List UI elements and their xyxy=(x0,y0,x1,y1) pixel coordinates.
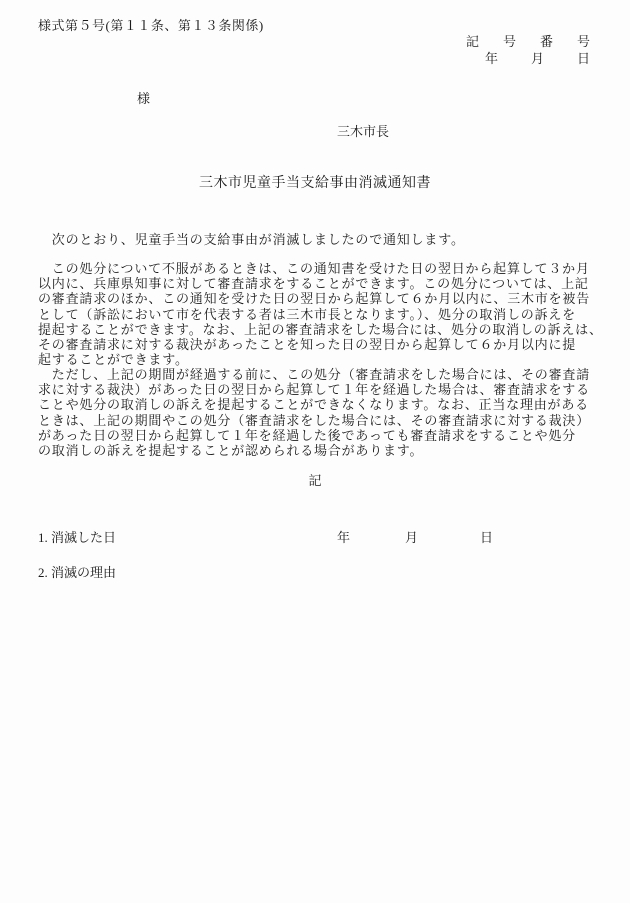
notice-intro: 次のとおり、児童手当の支給事由が消滅しましたので通知します。 xyxy=(38,229,623,248)
reference-char: 記 xyxy=(466,31,479,50)
issue-date-line: 年 月 日 xyxy=(485,48,590,67)
appeal-deadline-paragraph: ただし、上記の期間が経過する前に、この処分（審査請求をした場合には、その審査請 … xyxy=(38,367,628,458)
date-char-year: 年 xyxy=(485,48,498,67)
document-title: 三木市児童手当支給事由消滅通知書 xyxy=(0,172,630,192)
form-number-label: 様式第５号(第１１条、第１３条関係) xyxy=(38,15,264,34)
item-label: 1. 消滅した日 xyxy=(38,527,116,546)
addressee-honorific: 様 xyxy=(137,88,150,107)
list-item-extinction-date: 1. 消滅した日 年 月 日 xyxy=(0,527,630,543)
list-item-extinction-reason: 2. 消滅の理由 xyxy=(0,562,630,578)
appeal-rights-paragraph: この処分について不服があるときは、この通知書を受けた日の翌日から起算して３か月 … xyxy=(38,261,628,367)
date-char-month: 月 xyxy=(531,48,544,67)
date-char-day: 日 xyxy=(577,48,590,67)
document-page: 様式第５号(第１１条、第１３条関係) 記 号 番 号 年 月 日 様 三木市長 … xyxy=(0,0,630,903)
date-field-year: 年 xyxy=(337,527,350,546)
item-label: 2. 消滅の理由 xyxy=(38,562,116,581)
notes-marker: 記 xyxy=(0,470,630,489)
sender-name: 三木市長 xyxy=(337,121,389,140)
date-field-day: 日 xyxy=(480,527,493,546)
date-field-month: 月 xyxy=(405,527,418,546)
